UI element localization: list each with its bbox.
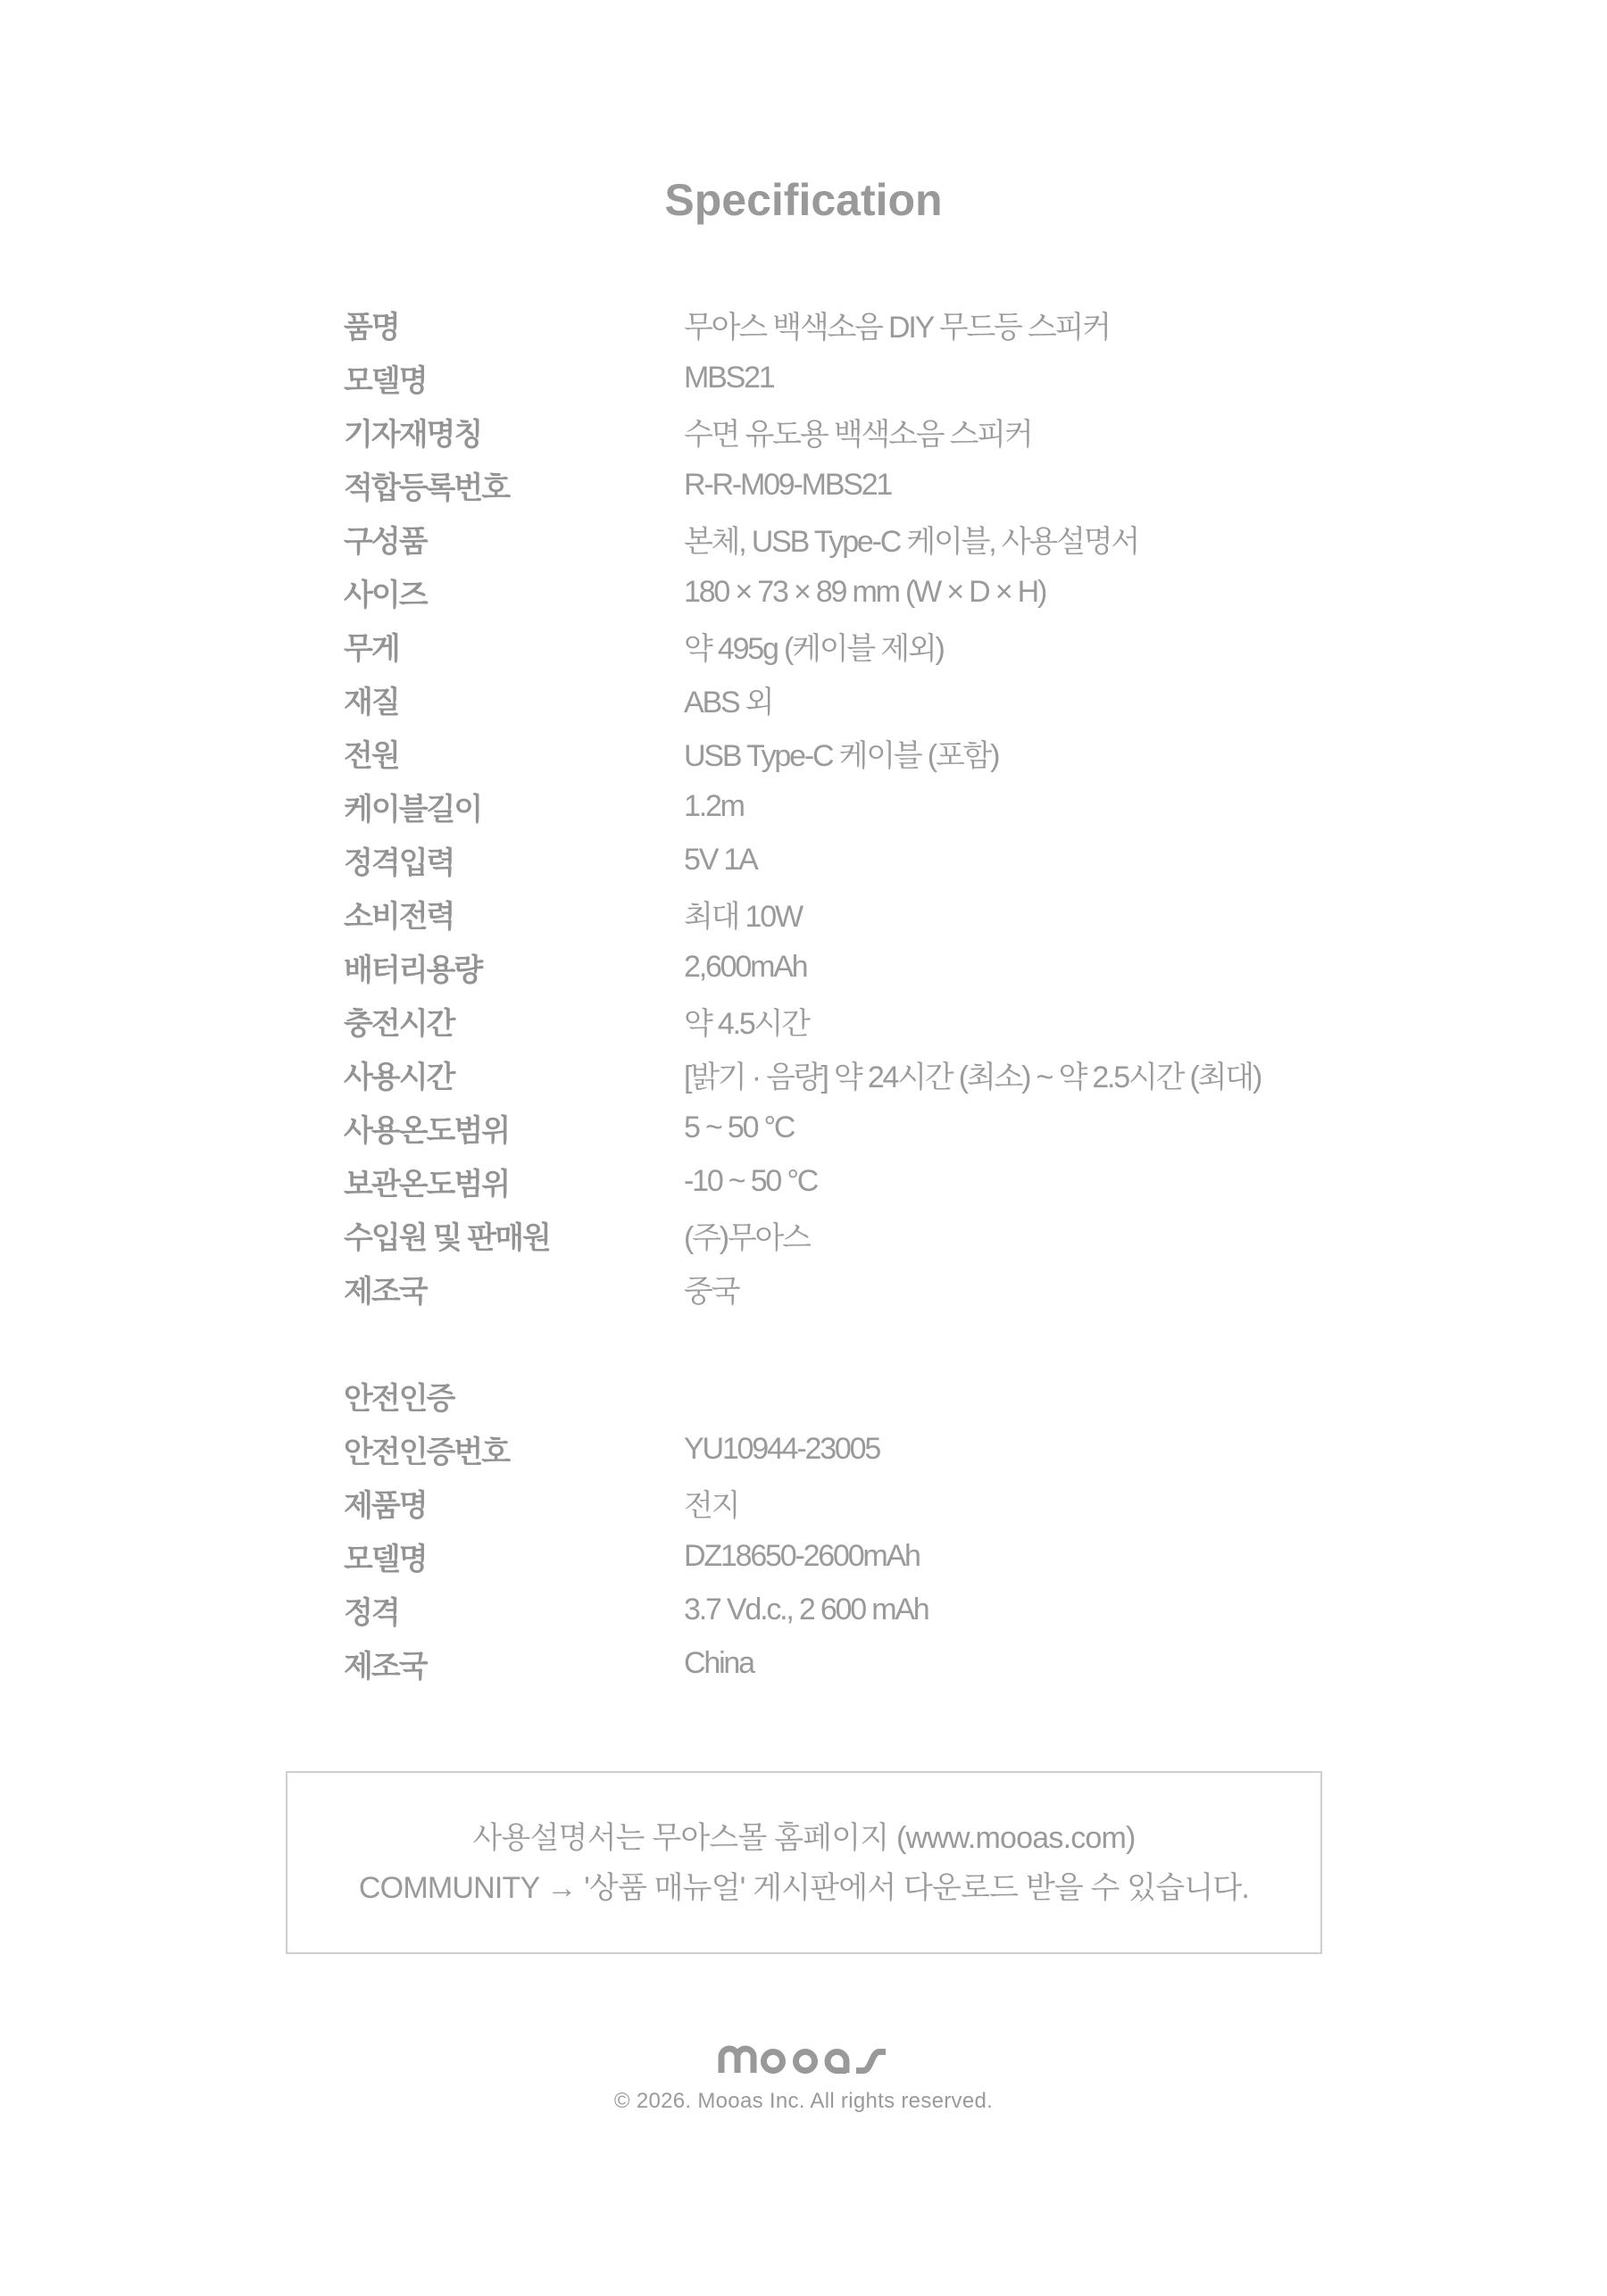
section-spacer [344,1315,1326,1368]
spec-label: 사이즈 [344,570,684,614]
spec-value: 5V 1A [684,843,757,878]
spec-value: -10 ~ 50 °C [684,1164,817,1199]
spec-row-equipment-name: 기자재명칭 수면 유도용 백색소음 스피커 [344,404,1326,458]
mooas-logo [718,2039,887,2075]
spec-row-weight: 무게 약 495g (케이블 제외) [344,619,1326,672]
spec-row-country-of-manufacture: 제조국 중국 [344,1261,1326,1315]
notice-line-1: 사용설명서는 무아스몰 홈페이지 (www.mooas.com) [472,1813,1135,1863]
spec-value: ABS 외 [684,678,772,721]
spec-value: 전지 [684,1481,738,1525]
spec-value: 약 4.5시간 [684,999,809,1043]
safety-heading-row: 안전인증 [344,1368,1326,1422]
spec-label: 기자재명칭 [344,410,684,453]
spec-label: 안전인증번호 [344,1427,684,1471]
spec-row-power-consumption: 소비전력 최대 10W [344,886,1326,940]
spec-row-storage-temperature: 보관온도범위 -10 ~ 50 °C [344,1154,1326,1208]
spec-value: 180 × 73 × 89 mm (W × D × H) [684,575,1045,610]
spec-value: 3.7 Vd.c., 2 600 mAh [684,1593,928,1627]
notice-line-2: COMMUNITY → '상품 매뉴얼' 게시판에서 다운로드 받을 수 있습니… [359,1863,1249,1913]
spec-label: 충전시간 [344,999,684,1043]
spec-label: 재질 [344,678,684,721]
spec-label: 사용온도범위 [344,1106,684,1150]
spec-label: 구성품 [344,517,684,561]
spec-value: (주)무아스 [684,1213,810,1257]
spec-label: 보관온도범위 [344,1160,684,1203]
spec-row-cable-length: 케이블길이 1.2m [344,779,1326,833]
spec-label: 소비전력 [344,892,684,936]
spec-value: YU10944-23005 [684,1432,879,1467]
spec-row-product-name: 품명 무아스 백색소음 DIY 무드등 스피커 [344,297,1326,351]
spec-row-operating-temperature: 사용온도범위 5 ~ 50 °C [344,1101,1326,1154]
spec-row-charging-time: 충전시간 약 4.5시간 [344,994,1326,1047]
page-title: Specification [0,171,1607,229]
spec-label: 케이블길이 [344,785,684,828]
spec-label: 전원 [344,731,684,775]
spec-value: 최대 10W [684,892,802,936]
copyright-text: © 2026. Mooas Inc. All rights reserved. [0,2089,1607,2114]
spec-label: 무게 [344,624,684,668]
spec-row-power: 전원 USB Type-C 케이블 (포함) [344,726,1326,779]
spec-row-model-name: 모델명 MBS21 [344,351,1326,404]
spec-label: 품명 [344,303,684,346]
spec-row-battery-capacity: 배터리용량 2,600mAh [344,940,1326,994]
spec-row-usage-time: 사용시간 [밝기 · 음량] 약 24시간 (최소) ~ 약 2.5시간 (최대… [344,1047,1326,1101]
spec-value: 2,600mAh [684,950,806,985]
spec-value: 약 495g (케이블 제외) [684,624,944,668]
spec-row-registration-number: 적합등록번호 R-R-M09-MBS21 [344,458,1326,512]
safety-row-product-name: 제품명 전지 [344,1476,1326,1529]
spec-label: 제조국 [344,1642,684,1685]
safety-heading: 안전인증 [344,1374,684,1418]
manual-download-notice: 사용설명서는 무아스몰 홈페이지 (www.mooas.com) COMMUNI… [286,1771,1322,1954]
spec-label: 제품명 [344,1481,684,1525]
spec-row-components: 구성품 본체, USB Type-C 케이블, 사용설명서 [344,512,1326,565]
spec-label: 모델명 [344,1535,684,1578]
spec-label: 적합등록번호 [344,463,684,507]
spec-label: 정격입력 [344,838,684,882]
spec-label: 모델명 [344,356,684,400]
spec-value: R-R-M09-MBS21 [684,468,891,503]
spec-list: 품명 무아스 백색소음 DIY 무드등 스피커 모델명 MBS21 기자재명칭 … [344,297,1326,1690]
spec-value: MBS21 [684,361,774,395]
spec-row-size: 사이즈 180 × 73 × 89 mm (W × D × H) [344,565,1326,619]
safety-row-country-of-manufacture: 제조국 China [344,1636,1326,1690]
spec-row-rated-input: 정격입력 5V 1A [344,833,1326,886]
safety-row-rating: 정격 3.7 Vd.c., 2 600 mAh [344,1583,1326,1636]
spec-label: 사용시간 [344,1052,684,1096]
spec-label: 수입원 및 판매원 [344,1213,684,1257]
spec-value: USB Type-C 케이블 (포함) [684,731,998,775]
spec-row-material: 재질 ABS 외 [344,672,1326,726]
spec-label: 배터리용량 [344,945,684,989]
spec-value: 1.2m [684,789,744,824]
spec-value: 본체, USB Type-C 케이블, 사용설명서 [684,517,1138,561]
spec-value: 중국 [684,1267,738,1310]
spec-value: DZ18650-2600mAh [684,1539,920,1574]
spec-row-importer-seller: 수입원 및 판매원 (주)무아스 [344,1208,1326,1261]
spec-value: China [684,1646,754,1681]
spec-label: 제조국 [344,1267,684,1310]
spec-value: 수면 유도용 백색소음 스피커 [684,410,1031,453]
spec-value: [밝기 · 음량] 약 24시간 (최소) ~ 약 2.5시간 (최대) [684,1052,1261,1096]
spec-value: 5 ~ 50 °C [684,1111,794,1145]
safety-row-model-name: 모델명 DZ18650-2600mAh [344,1529,1326,1583]
safety-row-certification-number: 안전인증번호 YU10944-23005 [344,1422,1326,1476]
spec-label: 정격 [344,1588,684,1632]
spec-value: 무아스 백색소음 DIY 무드등 스피커 [684,303,1110,346]
